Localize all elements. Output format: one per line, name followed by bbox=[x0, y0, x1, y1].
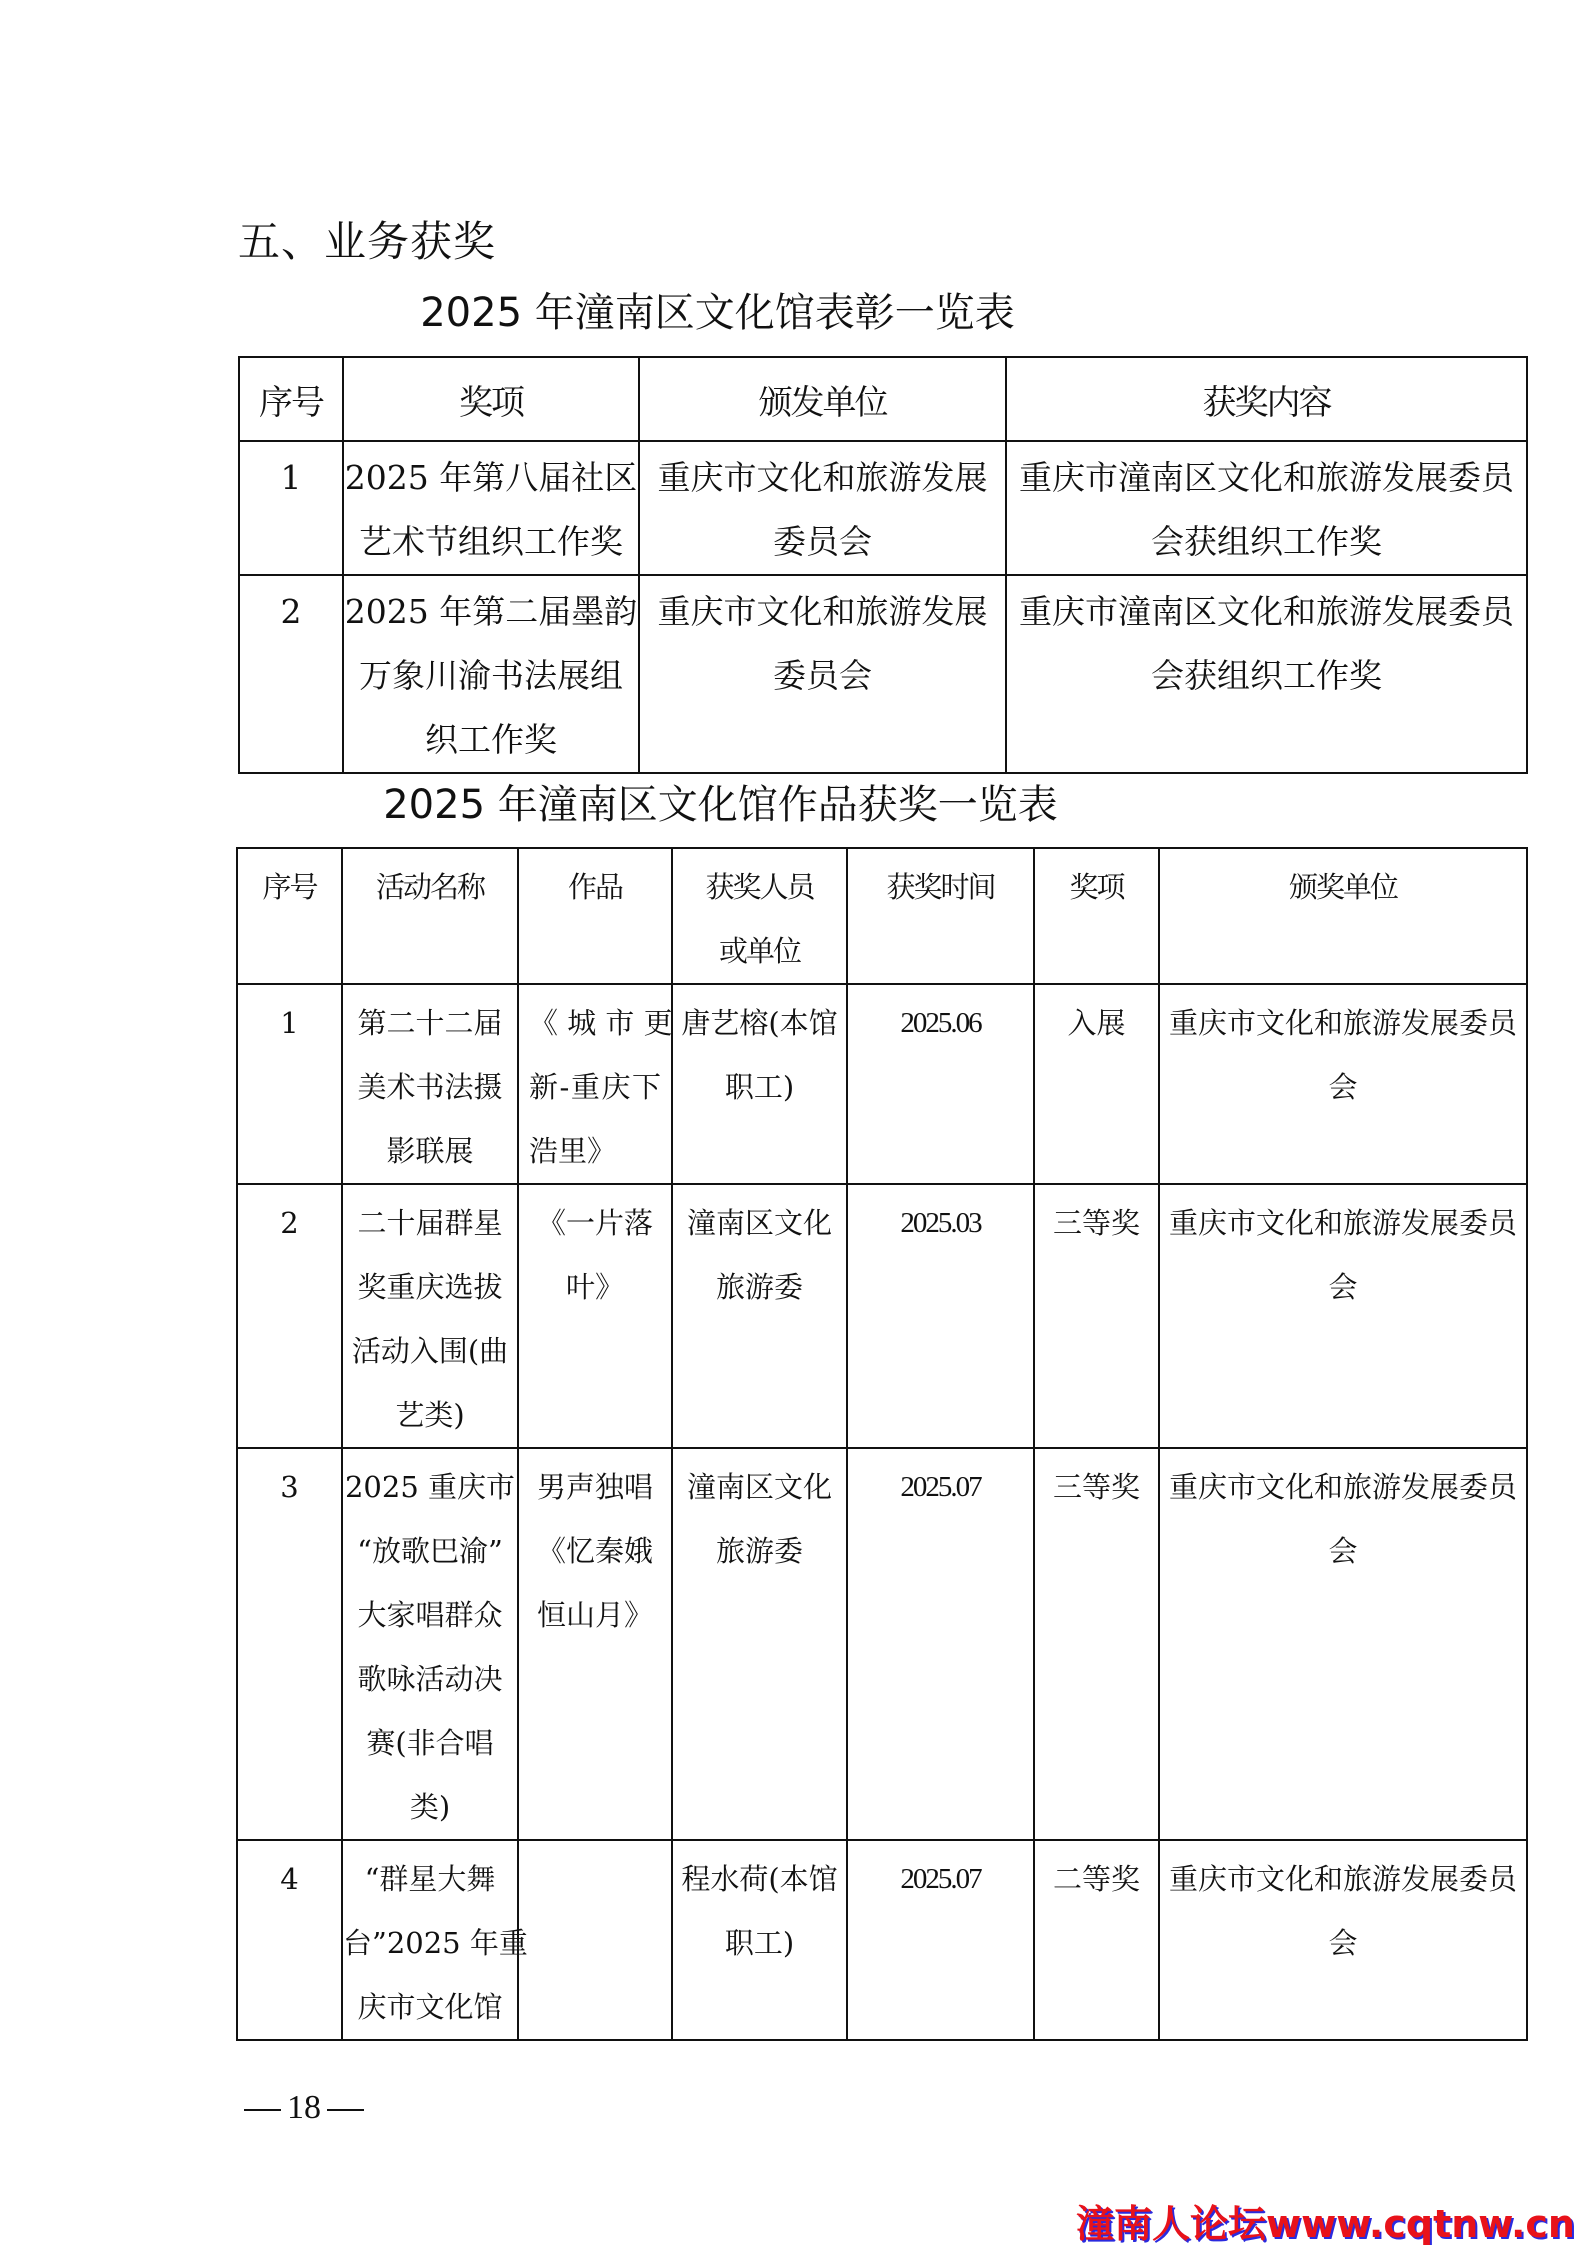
cell-line: 美术书法摄 bbox=[343, 1055, 517, 1119]
cell-line: “放歌巴渝” bbox=[343, 1519, 517, 1583]
cell-award: 入展 bbox=[1034, 984, 1159, 1184]
cell-winner: 唐艺榕(本馆 职工) bbox=[672, 984, 847, 1184]
cell-line: 重庆市潼南区文化和旅游发展委员 bbox=[1007, 446, 1526, 510]
cell-line: 唐艺榕(本馆 bbox=[673, 991, 846, 1055]
cell-line: 影联展 bbox=[343, 1119, 517, 1183]
cell-work: 男声独唱 《忆秦娥 恒山月》 bbox=[518, 1448, 672, 1840]
commendation-table: 序号 奖项 颁发单位 获奖内容 1 2025 年第八届社区 艺术节组织工作奖 重… bbox=[238, 356, 1528, 774]
table-row: 1 第二十二届 美术书法摄 影联展 《 城 市 更 新-重庆下 浩里》 唐艺榕(… bbox=[237, 984, 1527, 1184]
cell-index: 4 bbox=[237, 1840, 342, 2040]
cell-line: 艺类) bbox=[343, 1383, 517, 1447]
cell-line: 委员会 bbox=[640, 644, 1005, 708]
header-issuer: 颁奖单位 bbox=[1159, 848, 1527, 984]
header-line: 活动名称 bbox=[343, 855, 517, 919]
works-award-table-title: 2025 年潼南区文化馆作品获奖一览表 bbox=[0, 777, 1514, 833]
cell-work: 《 城 市 更 新-重庆下 浩里》 bbox=[518, 984, 672, 1184]
cell-line: 重庆市文化和旅游发展 bbox=[640, 580, 1005, 644]
header-line: 获奖时间 bbox=[848, 855, 1033, 919]
cell-line: 2025 重庆市 bbox=[343, 1455, 517, 1519]
cell-award: 2025 年第二届墨韵 万象川渝书法展组 织工作奖 bbox=[343, 575, 639, 773]
table-header-row: 序号 活动名称 作品 获奖人员 或单位 获奖时间 奖项 颁奖单位 bbox=[237, 848, 1527, 984]
cell-line: 庆市文化馆 bbox=[343, 1975, 517, 2039]
header-award: 奖项 bbox=[343, 357, 639, 441]
header-index: 序号 bbox=[239, 357, 343, 441]
cell-line: 2025 年第二届墨韵 bbox=[344, 580, 638, 644]
header-line: 奖项 bbox=[1035, 855, 1158, 919]
table-header-row: 序号 奖项 颁发单位 获奖内容 bbox=[239, 357, 1527, 441]
cell-award: 2025 年第八届社区 艺术节组织工作奖 bbox=[343, 441, 639, 575]
table-row: 4 “群星大舞 台”2025 年重 庆市文化馆 程水荷(本馆 职工) 2025.… bbox=[237, 1840, 1527, 2040]
cell-line: 重庆市潼南区文化和旅游发展委员 bbox=[1007, 580, 1526, 644]
cell-activity: 2025 重庆市 “放歌巴渝” 大家唱群众 歌咏活动决 赛(非合唱 类) bbox=[342, 1448, 518, 1840]
cell-index: 1 bbox=[237, 984, 342, 1184]
cell-content: 重庆市潼南区文化和旅游发展委员 会获组织工作奖 bbox=[1006, 441, 1527, 575]
cell-winner: 潼南区文化 旅游委 bbox=[672, 1184, 847, 1448]
cell-line: 会获组织工作奖 bbox=[1007, 510, 1526, 574]
cell-line: 《一片落 bbox=[519, 1191, 671, 1255]
cell-line: 委员会 bbox=[640, 510, 1005, 574]
cell-line: 类) bbox=[343, 1775, 517, 1839]
header-content: 获奖内容 bbox=[1006, 357, 1527, 441]
cell-line: 叶》 bbox=[519, 1255, 671, 1319]
cell-date: 2025.07 bbox=[847, 1448, 1034, 1840]
cell-line: 旅游委 bbox=[673, 1519, 846, 1583]
header-line: 颁奖单位 bbox=[1160, 855, 1526, 919]
cell-line: 活动入围(曲 bbox=[343, 1319, 517, 1383]
cell-work: 《一片落 叶》 bbox=[518, 1184, 672, 1448]
header-date: 获奖时间 bbox=[847, 848, 1034, 984]
cell-line: 二十届群星 bbox=[343, 1191, 517, 1255]
cell-award: 三等奖 bbox=[1034, 1448, 1159, 1840]
cell-line: 奖重庆选拔 bbox=[343, 1255, 517, 1319]
cell-line: 恒山月》 bbox=[519, 1583, 671, 1647]
cell-line: 旅游委 bbox=[673, 1255, 846, 1319]
cell-line: 新-重庆下 bbox=[519, 1055, 671, 1119]
table-row: 3 2025 重庆市 “放歌巴渝” 大家唱群众 歌咏活动决 赛(非合唱 类) 男… bbox=[237, 1448, 1527, 1840]
page-number-value: 18 bbox=[287, 2089, 321, 2126]
cell-line: 歌咏活动决 bbox=[343, 1647, 517, 1711]
header-index: 序号 bbox=[237, 848, 342, 984]
cell-line: 会获组织工作奖 bbox=[1007, 644, 1526, 708]
cell-line: 2025 年第八届社区 bbox=[344, 446, 638, 510]
table-row: 1 2025 年第八届社区 艺术节组织工作奖 重庆市文化和旅游发展 委员会 重庆… bbox=[239, 441, 1527, 575]
cell-line: 《 城 市 更 bbox=[519, 991, 671, 1055]
header-issuer: 颁发单位 bbox=[639, 357, 1006, 441]
header-work: 作品 bbox=[518, 848, 672, 984]
cell-content: 重庆市潼南区文化和旅游发展委员 会获组织工作奖 bbox=[1006, 575, 1527, 773]
header-activity: 活动名称 bbox=[342, 848, 518, 984]
cell-issuer: 重庆市文化和旅游发展委员会 bbox=[1159, 984, 1527, 1184]
cell-line: 潼南区文化 bbox=[673, 1191, 846, 1255]
cell-activity: “群星大舞 台”2025 年重 庆市文化馆 bbox=[342, 1840, 518, 2040]
cell-line: 潼南区文化 bbox=[673, 1455, 846, 1519]
forum-watermark: 潼南人论坛www.cqtnw.cn bbox=[1076, 2193, 1575, 2245]
cell-line: 第二十二届 bbox=[343, 991, 517, 1055]
cell-line: 艺术节组织工作奖 bbox=[344, 510, 638, 574]
section-heading: 五、业务获奖 bbox=[238, 212, 496, 272]
cell-issuer: 重庆市文化和旅游发展委员会 bbox=[1159, 1448, 1527, 1840]
commendation-table-title: 2025 年潼南区文化馆表彰一览表 bbox=[0, 285, 1511, 341]
works-award-table: 序号 活动名称 作品 获奖人员 或单位 获奖时间 奖项 颁奖单位 1 第二十二届… bbox=[236, 847, 1528, 2041]
cell-line: 职工) bbox=[673, 1055, 846, 1119]
table-row: 2 二十届群星 奖重庆选拔 活动入围(曲 艺类) 《一片落 叶》 潼南区文化 旅… bbox=[237, 1184, 1527, 1448]
header-line: 获奖人员 bbox=[673, 855, 846, 919]
header-line: 或单位 bbox=[673, 919, 846, 983]
header-award: 奖项 bbox=[1034, 848, 1159, 984]
cell-work bbox=[518, 1840, 672, 2040]
cell-activity: 第二十二届 美术书法摄 影联展 bbox=[342, 984, 518, 1184]
cell-issuer: 重庆市文化和旅游发展 委员会 bbox=[639, 441, 1006, 575]
cell-date: 2025.07 bbox=[847, 1840, 1034, 2040]
cell-issuer: 重庆市文化和旅游发展 委员会 bbox=[639, 575, 1006, 773]
cell-date: 2025.03 bbox=[847, 1184, 1034, 1448]
cell-line: “群星大舞 bbox=[343, 1847, 517, 1911]
cell-line: 赛(非合唱 bbox=[343, 1711, 517, 1775]
cell-award: 三等奖 bbox=[1034, 1184, 1159, 1448]
cell-date: 2025.06 bbox=[847, 984, 1034, 1184]
cell-line: 浩里》 bbox=[519, 1119, 671, 1183]
table-row: 2 2025 年第二届墨韵 万象川渝书法展组 织工作奖 重庆市文化和旅游发展 委… bbox=[239, 575, 1527, 773]
cell-line: 台”2025 年重 bbox=[343, 1911, 517, 1975]
cell-line: 织工作奖 bbox=[344, 708, 638, 772]
cell-index: 1 bbox=[239, 441, 343, 575]
cell-line: 职工) bbox=[673, 1911, 846, 1975]
cell-index: 2 bbox=[239, 575, 343, 773]
dash-left bbox=[244, 2109, 281, 2111]
cell-index: 3 bbox=[237, 1448, 342, 1840]
cell-activity: 二十届群星 奖重庆选拔 活动入围(曲 艺类) bbox=[342, 1184, 518, 1448]
cell-issuer: 重庆市文化和旅游发展委员会 bbox=[1159, 1840, 1527, 2040]
cell-line: 男声独唱 bbox=[519, 1455, 671, 1519]
cell-award: 二等奖 bbox=[1034, 1840, 1159, 2040]
cell-issuer: 重庆市文化和旅游发展委员会 bbox=[1159, 1184, 1527, 1448]
header-winner: 获奖人员 或单位 bbox=[672, 848, 847, 984]
header-line: 序号 bbox=[238, 855, 341, 919]
cell-line: 程水荷(本馆 bbox=[673, 1847, 846, 1911]
cell-line: 万象川渝书法展组 bbox=[344, 644, 638, 708]
cell-line: 大家唱群众 bbox=[343, 1583, 517, 1647]
dash-right bbox=[327, 2109, 364, 2111]
cell-winner: 程水荷(本馆 职工) bbox=[672, 1840, 847, 2040]
cell-line: 重庆市文化和旅游发展 bbox=[640, 446, 1005, 510]
header-line: 作品 bbox=[519, 855, 671, 919]
cell-index: 2 bbox=[237, 1184, 342, 1448]
cell-winner: 潼南区文化 旅游委 bbox=[672, 1448, 847, 1840]
cell-line: 《忆秦娥 bbox=[519, 1519, 671, 1583]
page-number: 18 bbox=[238, 2088, 370, 2128]
